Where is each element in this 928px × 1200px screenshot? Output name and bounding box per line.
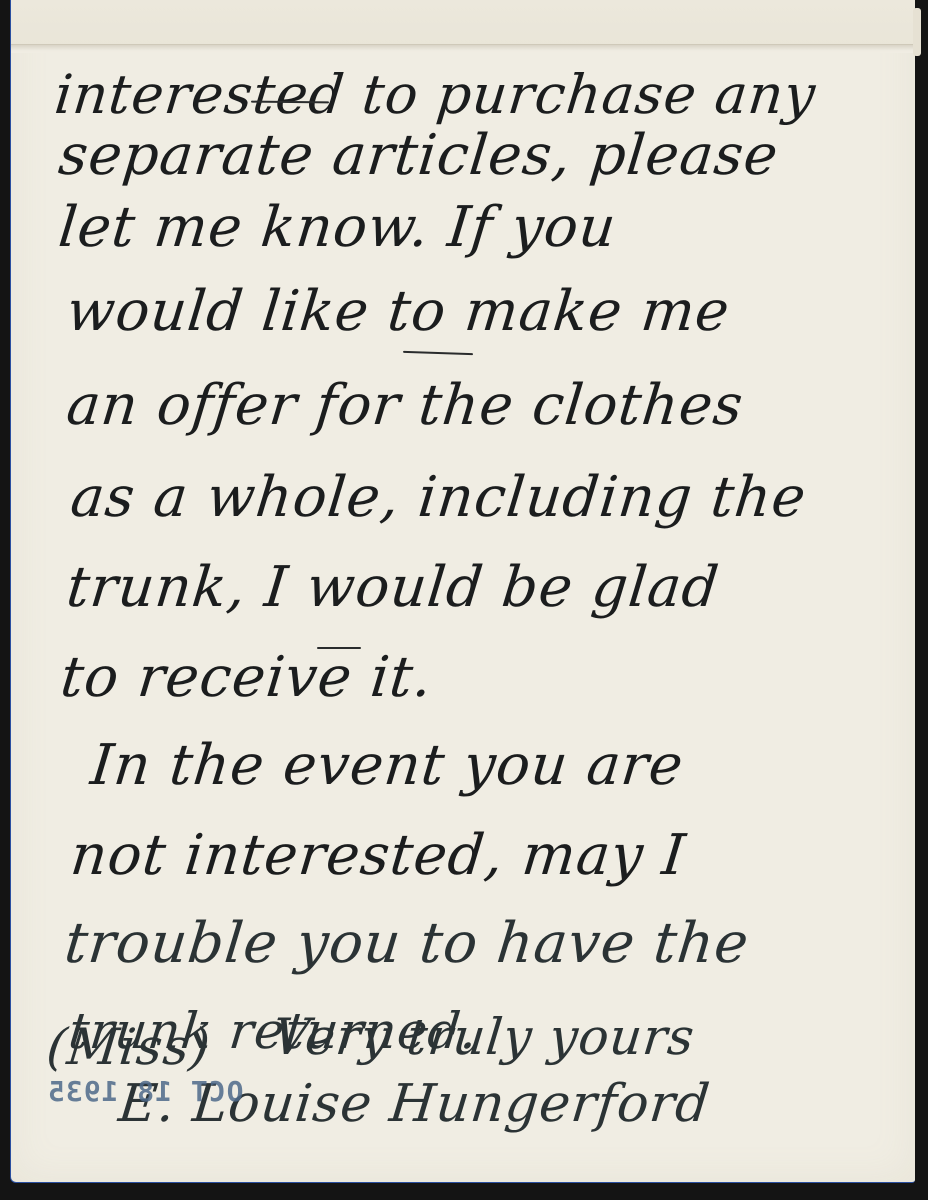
letter-line-4: would like to make me (64, 284, 732, 340)
signature-prefix: (Miss) (44, 1022, 213, 1072)
letter-line-11: trouble you to have the (62, 916, 752, 972)
letter-line-10: not interested, may I (68, 828, 688, 884)
letter-line-1: interested to purchase any (52, 68, 818, 122)
letter-line-6: as a whole, including the (68, 470, 809, 526)
letter-line-9: In the event you are (88, 738, 686, 794)
closing: Very truly yours (270, 1012, 697, 1062)
received-date-stamp: OCT 18 1935 (47, 1075, 243, 1108)
letter-page: interested to purchase any separate arti… (10, 0, 915, 1183)
letter-line-5: an offer for the clothes (64, 378, 746, 434)
underline-receive (317, 647, 361, 649)
paper-fold (11, 44, 915, 53)
letter-line-7: trunk, I would be glad (64, 560, 722, 616)
letter-line-3: let me know. If you (56, 200, 619, 256)
letter-line-8: to receive it. (58, 650, 435, 706)
letter-line-2: separate articles, please (56, 128, 781, 184)
torn-edge (913, 8, 921, 56)
underline-make (403, 351, 473, 355)
